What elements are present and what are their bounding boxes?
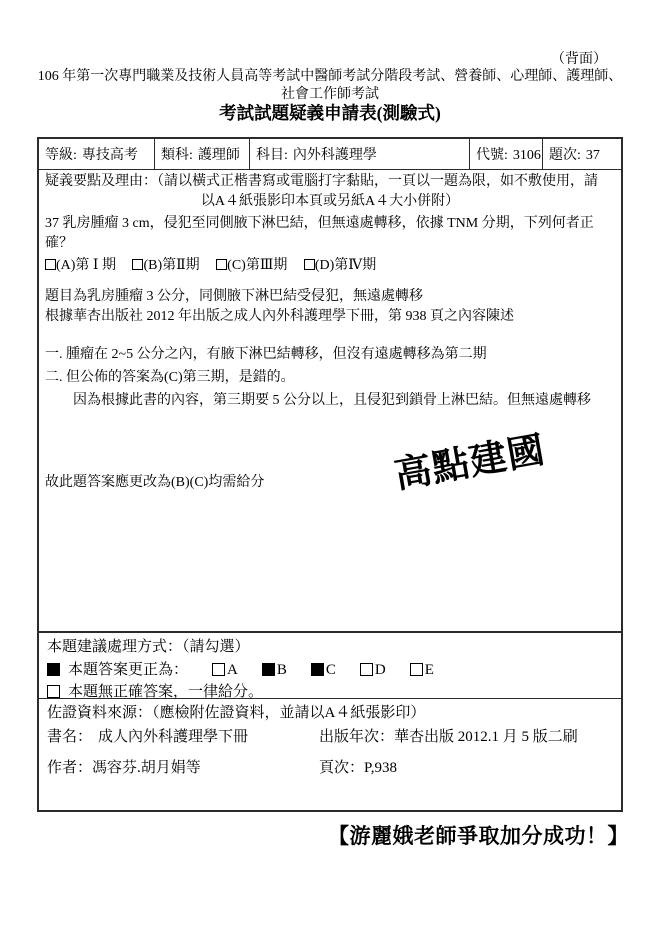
objection-instructions-line2: 以A４紙張影印本頁或另紙A４大小併附） <box>45 192 615 212</box>
objection-statement-1: 題目為乳房腫瘤 3 公分，同側腋下淋巴結受侵犯，無遠處轉移 <box>45 287 615 307</box>
code-cell: 代號:3106 <box>470 139 543 169</box>
exam-header-line1: 106 年第一次專門職業及技術人員高等考試中醫師考試分階段考試、營養師、心理師、… <box>0 65 660 85</box>
publish-year-value: 華杏出版 2012.1 月 5 版二刷 <box>394 729 578 745</box>
answer-d: D <box>360 662 386 678</box>
correction-label: 本題答案更正為： <box>68 662 188 678</box>
application-form-table: 等級:專技高考 類科:護理師 科目:內外科護理學 代號:3106 題次:37 疑… <box>37 137 623 812</box>
option-b-checkbox-icon <box>132 259 143 270</box>
book-name-cell: 書名：成人內外科護理學下冊 <box>47 727 319 748</box>
subject-label: 科目: <box>256 148 288 163</box>
evidence-section: 佐證資料來源：（應檢附佐證資料，並請以A４紙張影印） 書名：成人內外科護理學下冊… <box>39 698 621 810</box>
question-number-cell: 題次:37 <box>543 139 621 169</box>
answer-d-label: D <box>375 662 386 678</box>
option-d: (D)第Ⅳ期 <box>304 258 376 273</box>
form-title: 考試試題疑義申請表(測驗式) <box>0 100 660 125</box>
exam-objection-form-page: （背面） 106 年第一次專門職業及技術人員高等考試中醫師考試分階段考試、營養師… <box>0 0 660 933</box>
objection-point-2: 二. 但公佈的答案為(C)第三期，是錯的。 <box>45 368 615 388</box>
correction-checkbox-icon <box>47 663 60 676</box>
option-a-label: (A)第 Ⅰ 期 <box>56 258 116 273</box>
option-d-label: (D)第Ⅳ期 <box>315 258 376 273</box>
answer-c: C <box>311 662 336 678</box>
option-a-checkbox-icon <box>45 259 56 270</box>
subject-value: 內外科護理學 <box>293 148 377 163</box>
publish-year-label: 出版年次： <box>319 729 394 745</box>
publish-year-cell: 出版年次：華杏出版 2012.1 月 5 版二刷 <box>319 727 578 748</box>
answer-b-label: B <box>277 662 287 678</box>
evidence-title: 佐證資料來源：（應檢附佐證資料，並請以A４紙張影印） <box>47 703 613 724</box>
objection-point-2-detail: 因為根據此書的內容，第三期要 5 公分以上，且侵犯到鎖骨上淋巴結。但無遠處轉移 <box>45 391 615 411</box>
handling-correction-row: 本題答案更正為：ABCDE <box>47 659 613 681</box>
category-label: 類科: <box>161 148 193 163</box>
author-label: 作者： <box>47 760 92 776</box>
question-number-value: 37 <box>586 148 600 163</box>
option-d-checkbox-icon <box>304 259 315 270</box>
code-value: 3106 <box>513 148 541 163</box>
page-number-value: P,938 <box>364 760 397 776</box>
level-label: 等級: <box>45 148 77 163</box>
option-b-label: (B)第Ⅱ期 <box>143 258 199 273</box>
option-c: (C)第Ⅲ期 <box>216 258 287 273</box>
code-label: 代號: <box>476 148 508 163</box>
page-number-label: 頁次： <box>319 760 364 776</box>
evidence-author-row: 作者：馮容芬.胡月娟等 頁次：P,938 <box>47 758 613 779</box>
subject-cell: 科目:內外科護理學 <box>250 139 470 169</box>
level-value: 專技高考 <box>82 148 138 163</box>
author-cell: 作者：馮容芬.胡月娟等 <box>47 758 319 779</box>
answer-e: E <box>410 662 434 678</box>
question-text: 37 乳房腫瘤 3 cm，侵犯至同側腋下淋巴結，但無遠處轉移，依據 TNM 分期… <box>45 214 615 254</box>
option-c-label: (C)第Ⅲ期 <box>227 258 287 273</box>
category-cell: 類科:護理師 <box>155 139 250 169</box>
answer-a-checkbox-icon <box>212 663 225 676</box>
answer-a-label: A <box>227 662 238 678</box>
author-value: 馮容芬.胡月娟等 <box>92 760 201 776</box>
answer-d-checkbox-icon <box>360 663 373 676</box>
answer-a: A <box>212 662 238 678</box>
page-number-cell: 頁次：P,938 <box>319 758 397 779</box>
objection-instructions-line1: 疑義要點及理由：（請以橫式正楷書寫或電腦打字黏貼，一頁以一題為限，如不敷使用，請 <box>45 172 615 192</box>
book-name-label: 書名： <box>47 729 92 745</box>
info-row: 等級:專技高考 類科:護理師 科目:內外科護理學 代號:3106 題次:37 <box>39 139 621 169</box>
level-cell: 等級:專技高考 <box>39 139 155 169</box>
option-b: (B)第Ⅱ期 <box>132 258 199 273</box>
objection-conclusion: 故此題答案應更改為(B)(C)均需給分 <box>45 473 615 493</box>
footer-note: 【游麗娥老師爭取加分成功！】 <box>328 820 629 850</box>
no-answer-checkbox-icon <box>47 685 60 698</box>
option-c-checkbox-icon <box>216 259 227 270</box>
category-value: 護理師 <box>198 148 240 163</box>
objection-statement-2: 根據華杏出版社 2012 年出版之成人內外科護理學下冊，第 938 頁之內容陳述 <box>45 307 615 327</box>
answer-e-label: E <box>425 662 434 678</box>
no-answer-label: 本題無正確答案，一律給分。 <box>68 684 263 700</box>
question-number-label: 題次: <box>549 148 581 163</box>
option-a: (A)第 Ⅰ 期 <box>45 258 116 273</box>
evidence-book-row: 書名：成人內外科護理學下冊 出版年次：華杏出版 2012.1 月 5 版二刷 <box>47 727 613 748</box>
question-options: (A)第 Ⅰ 期 (B)第Ⅱ期 (C)第Ⅲ期 (D)第Ⅳ期 <box>45 256 615 276</box>
handling-section: 本題建議處理方式：（請勾選） 本題答案更正為：ABCDE 本題無正確答案，一律給… <box>39 631 621 698</box>
answer-b-checkbox-icon <box>262 663 275 676</box>
answer-c-checkbox-icon <box>311 663 324 676</box>
answer-b: B <box>262 662 287 678</box>
objection-section: 疑義要點及理由：（請以橫式正楷書寫或電腦打字黏貼，一頁以一題為限，如不敷使用，請… <box>39 169 621 631</box>
book-name-value: 成人內外科護理學下冊 <box>98 729 248 745</box>
answer-e-checkbox-icon <box>410 663 423 676</box>
objection-point-1: 一. 腫瘤在 2~5 公分之內，有腋下淋巴結轉移，但沒有遠處轉移為第二期 <box>45 345 615 365</box>
answer-c-label: C <box>326 662 336 678</box>
handling-title: 本題建議處理方式：（請勾選） <box>47 636 613 658</box>
